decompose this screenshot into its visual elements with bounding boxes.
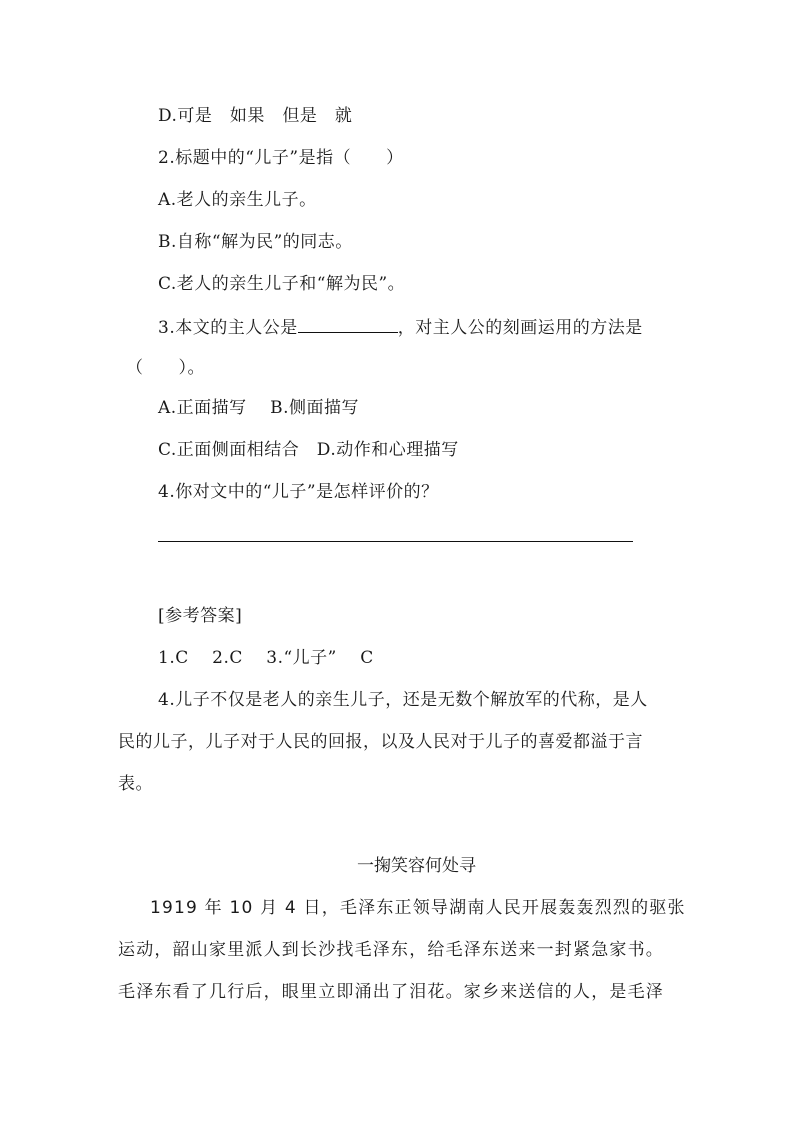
q3-stem-before: 3.本文的主人公是 [158, 318, 298, 338]
q4-stem: 4.你对文中的“儿子”是怎样评价的？ [158, 482, 439, 502]
answers-long-line-3: 表。 [118, 774, 153, 794]
q3-fill-blank[interactable] [298, 316, 398, 333]
q1-option-d: D.可是 如果 但是 就 [158, 106, 352, 126]
q2-option-c: C.老人的亲生儿子和“解为民”。 [158, 274, 405, 294]
q2-option-b: B.自称“解为民”的同志。 [158, 232, 353, 252]
answers-long-line-1: 4.儿子不仅是老人的亲生儿子，还是无数个解放军的代称，是人 [158, 690, 648, 710]
answers-long-line-2: 民的儿子，儿子对于人民的回报，以及人民对于儿子的喜爱都溢于言 [118, 732, 643, 752]
answers-heading: [参考答案] [158, 606, 242, 626]
q2-option-a: A.老人的亲生儿子。 [158, 190, 317, 210]
story-line-3: 毛泽东看了几行后，眼里立即涌出了泪花。家乡来送信的人，是毛泽 [118, 982, 664, 1002]
q3-options-row-1: A.正面描写 B.侧面描写 [158, 398, 359, 418]
q3-stem-continued: （ ）。 [126, 358, 205, 378]
q3-options-row-2: C.正面侧面相结合 D.动作和心理描写 [158, 440, 459, 460]
answers-short: 1.C 2.C 3.“儿子” C [158, 648, 374, 668]
q2-stem: 2.标题中的“儿子”是指（ ） [158, 148, 404, 168]
story-line-2: 运动，韶山家里派人到长沙找毛泽东，给毛泽东送来一封紧急家书。 [118, 940, 664, 960]
q4-answer-line[interactable] [158, 541, 633, 542]
story-title: 一掬笑容何处寻 [0, 856, 793, 876]
story-line-1: 1919 年 10 月 4 日，毛泽东正领导湖南人民开展轰轰烈烈的驱张 [150, 898, 686, 918]
q3-stem: 3.本文的主人公是，对主人公的刻画运用的方法是 [158, 316, 643, 338]
q3-stem-after: ，对主人公的刻画运用的方法是 [398, 318, 643, 338]
